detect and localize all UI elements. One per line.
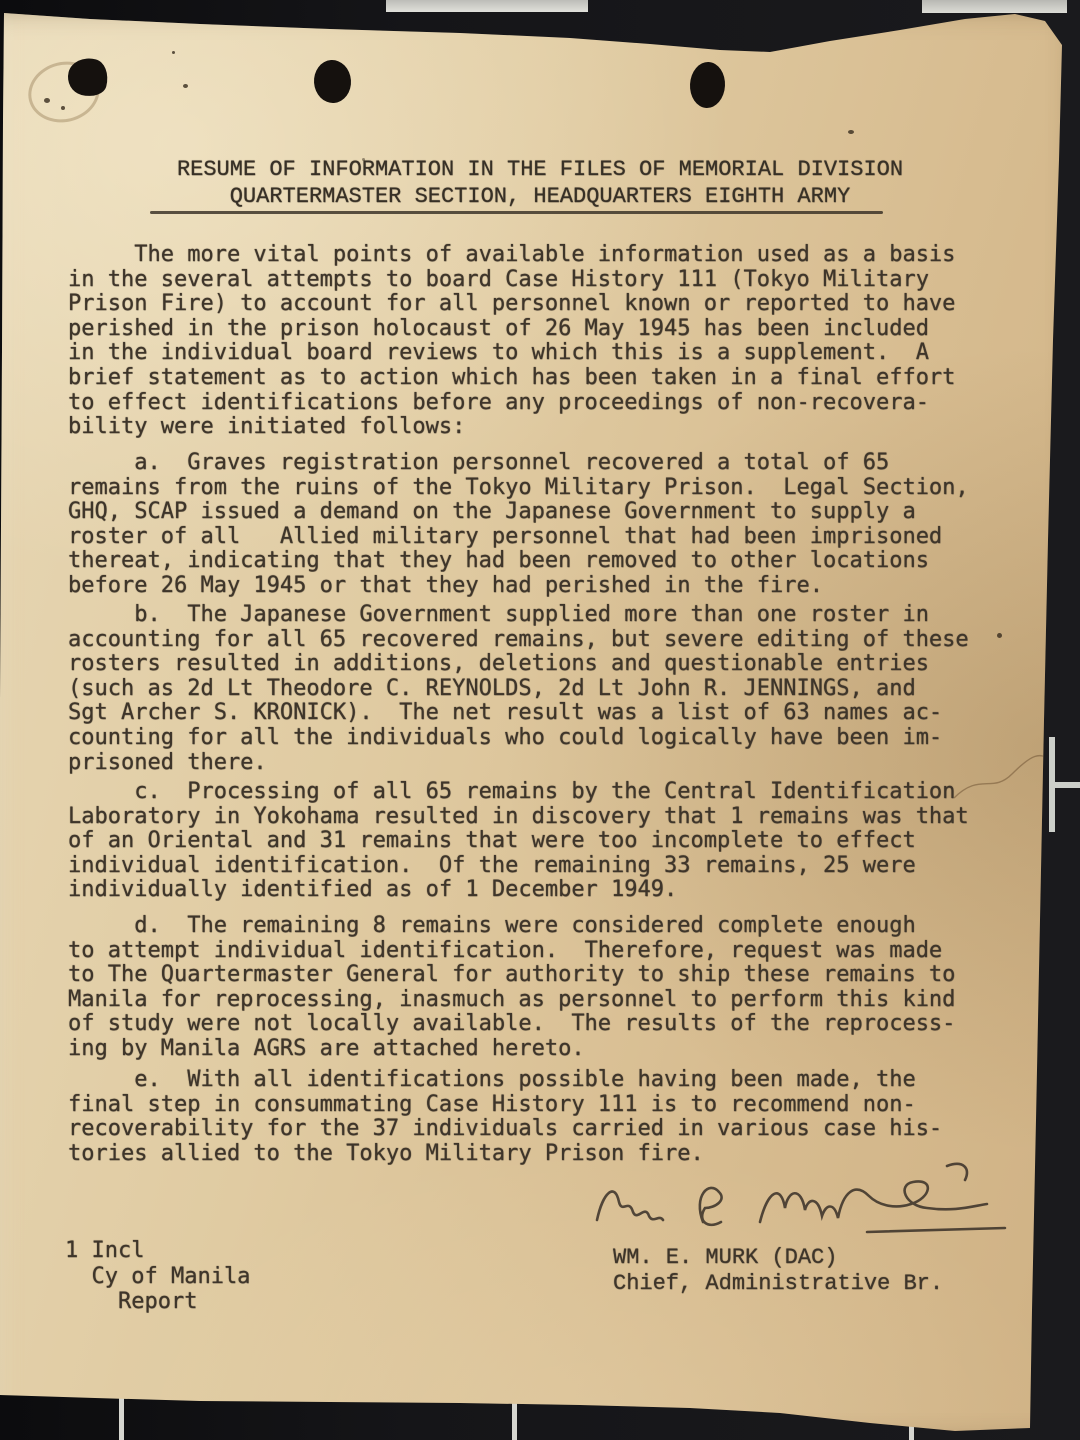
photo-background: RESUME OF INFORMATION IN THE FILES OF ME… <box>0 0 1080 1440</box>
paragraph-a: a. Graves registration personnel recover… <box>68 451 969 599</box>
handwritten-signature <box>575 1158 1015 1253</box>
paper-speck <box>997 633 1002 638</box>
paragraph-b: b. The Japanese Government supplied more… <box>68 603 969 775</box>
punch-hole <box>689 61 726 109</box>
punch-hole <box>313 59 353 104</box>
document-page: RESUME OF INFORMATION IN THE FILES OF ME… <box>0 0 1080 1440</box>
background-seam <box>922 0 1067 13</box>
stray-hair <box>938 738 1056 808</box>
paragraph-e: e. With all identifications possible hav… <box>68 1068 942 1166</box>
document-title-line1: RESUME OF INFORMATION IN THE FILES OF ME… <box>25 158 1055 183</box>
title-underline <box>150 211 883 214</box>
paragraph-d: d. The remaining 8 remains were consider… <box>68 914 955 1062</box>
signatory-title: Chief, Administrative Br. <box>613 1272 943 1297</box>
paragraph-c: c. Processing of all 65 remains by the C… <box>68 780 969 903</box>
paper-speck <box>61 106 65 110</box>
enclosure-note: 1 Incl Cy of Manila Report <box>65 1238 250 1315</box>
background-seam <box>1049 782 1080 788</box>
signatory-name: WM. E. MURK (DAC) <box>613 1246 837 1271</box>
paper-speck <box>172 51 175 54</box>
document-title-line2: QUARTERMASTER SECTION, HEADQUARTERS EIGH… <box>25 185 1055 210</box>
paragraph-intro: The more vital points of available infor… <box>68 243 955 440</box>
paper-speck <box>848 130 854 134</box>
background-seam <box>386 0 588 12</box>
paper-speck <box>183 84 188 88</box>
paper-speck <box>362 158 365 161</box>
paper-speck <box>44 98 50 103</box>
